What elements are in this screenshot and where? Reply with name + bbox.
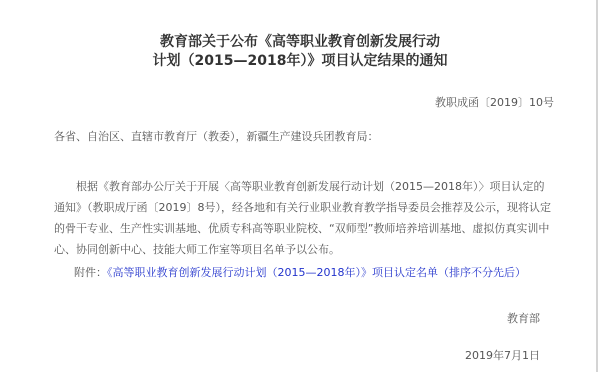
body-paragraph: 根据《教育部办公厅关于开展〈高等职业教育创新发展行动计划（2015—2018年）… (54, 176, 554, 260)
document-number: 教职成函〔2019〕10号 (435, 94, 554, 110)
attachment-line: 附件：《高等职业教育创新发展行动计划（2015—2018年）》项目认定名单（排序… (74, 264, 526, 280)
attachment-label: 附件： (74, 266, 107, 279)
signer: 教育部 (507, 310, 540, 326)
attachment-link[interactable]: 《高等职业教育创新发展行动计划（2015—2018年）》项目认定名单（排序不分先… (107, 266, 526, 279)
document-title-line-1: 教育部关于公布《高等职业教育创新发展行动 (0, 33, 600, 52)
issue-date: 2019年7月1日 (465, 347, 540, 363)
salutation: 各省、自治区、直辖市教育厅（教委），新疆生产建设兵团教育局： (54, 128, 379, 144)
document-title-line-2: 计划（2015—2018年）》项目认定结果的通知 (0, 52, 600, 71)
document-page: 教育部关于公布《高等职业教育创新发展行动 计划（2015—2018年）》项目认定… (0, 0, 598, 372)
